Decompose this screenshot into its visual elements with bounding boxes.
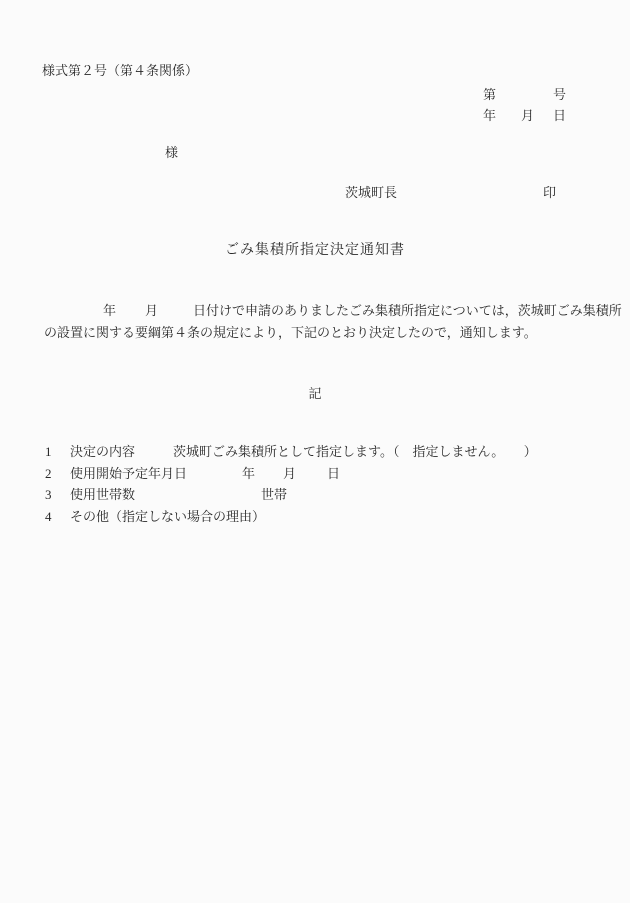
body-paragraph-line1: 日付けで申請のありましたごみ集積所指定については，茨城町ごみ集積所 bbox=[193, 303, 622, 318]
issue-date-year-label: 年 bbox=[483, 108, 496, 123]
seal-placeholder: 印 bbox=[543, 185, 556, 200]
body-paragraph-line2: の設置に関する要綱第４条の規定により，下記のとおり決定したので，通知します。 bbox=[44, 325, 537, 340]
document-number-suffix: 号 bbox=[553, 87, 566, 102]
form-number-label: 様式第２号（第４条関係） bbox=[42, 63, 198, 78]
issue-date-day-label: 日 bbox=[553, 108, 566, 123]
item-1-value: 茨城町ごみ集積所として指定します。（ 指定しません。 ） bbox=[173, 444, 537, 459]
item-2-number: 2 bbox=[45, 466, 52, 481]
item-4-number: 4 bbox=[45, 509, 52, 524]
item-2-label: 使用開始予定年月日 bbox=[70, 466, 187, 481]
document-number-prefix: 第 bbox=[483, 87, 496, 102]
item-3-label: 使用世帯数 bbox=[70, 487, 135, 502]
item-4-label: その他（指定しない場合の理由） bbox=[70, 509, 265, 524]
item-3-number: 3 bbox=[45, 487, 52, 502]
item-2-day-label: 日 bbox=[327, 466, 340, 481]
ki-heading: 記 bbox=[0, 386, 630, 401]
notification-document-page: 様式第２号（第４条関係） 第 号 年 月 日 様 茨城町長 印 ごみ集積所指定決… bbox=[0, 0, 630, 903]
item-1-label: 決定の内容 bbox=[70, 444, 135, 459]
application-date-year-label: 年 bbox=[103, 303, 116, 318]
item-3-value: 世帯 bbox=[261, 487, 287, 502]
issue-date-month-label: 月 bbox=[521, 108, 534, 123]
item-2-year-label: 年 bbox=[242, 466, 255, 481]
item-2-month-label: 月 bbox=[283, 466, 296, 481]
document-title: ごみ集積所指定決定通知書 bbox=[0, 243, 630, 258]
sender-title: 茨城町長 bbox=[345, 185, 397, 200]
application-date-month-label: 月 bbox=[145, 303, 158, 318]
item-1-number: 1 bbox=[45, 444, 52, 459]
recipient-honorific: 様 bbox=[165, 145, 178, 160]
